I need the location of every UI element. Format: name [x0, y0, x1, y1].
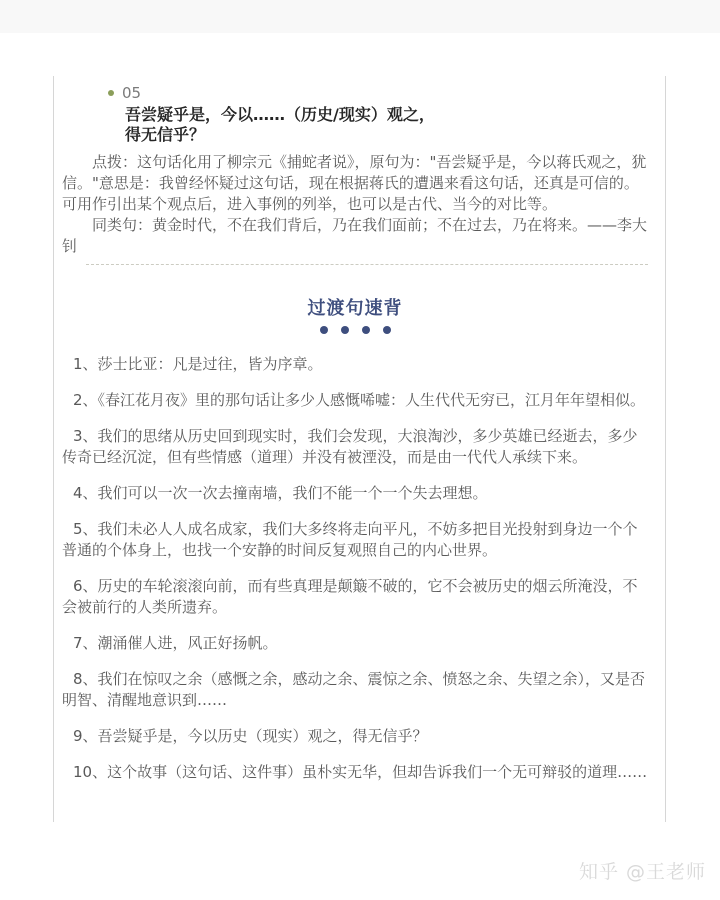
section-title: 吾尝疑乎是，今以……（历史/现实）观之， 得无信乎？ — [125, 105, 648, 145]
dashed-divider — [86, 264, 648, 265]
list-item: 5、我们未必人人成名成家，我们大多终将走向平凡，不妨多把目光投射到身边一个个普通… — [62, 519, 648, 561]
list-item: 10、这个故事（这句话、这件事）虽朴实无华，但却告诉我们一个无可辩驳的道理…… — [62, 762, 648, 783]
list-item: 6、历史的车轮滚滚向前，而有些真理是颠簸不破的，它不会被历史的烟云所淹没，不会被… — [62, 576, 648, 618]
zhihu-watermark: 知乎 @王老师 — [579, 857, 706, 884]
section-number-row: 05 — [108, 84, 648, 102]
section-number: 05 — [122, 84, 141, 102]
list-item: 8、我们在惊叹之余（感慨之余，感动之余、震惊之余、愤怒之余、失望之余），又是否明… — [62, 669, 648, 711]
dot-icon — [320, 326, 328, 334]
list-item: 7、潮涌催人进，风正好扬帆。 — [62, 633, 648, 654]
section-title-line2: 得无信乎？ — [125, 125, 648, 145]
list-item: 3、我们的思绪从历史回到现实时，我们会发现，大浪淘沙，多少英雄已经逝去，多少传奇… — [62, 426, 648, 468]
list-item: 4、我们可以一次一次去撞南墙，我们不能一个一个失去理想。 — [62, 483, 648, 504]
dot-icon — [362, 326, 370, 334]
transition-sentence-list: 1、莎士比亚：凡是过往，皆为序章。 2、《春江花月夜》里的那句话让多少人感慨唏嘘… — [62, 354, 648, 783]
content-panel: 05 吾尝疑乎是，今以……（历史/现实）观之， 得无信乎？ 点拨：这句话化用了柳… — [53, 76, 666, 822]
dot-icon — [341, 326, 349, 334]
top-band — [0, 0, 720, 33]
list-item: 2、《春江花月夜》里的那句话让多少人感慨唏嘘：人生代代无穷已，江月年年望相似。 — [62, 390, 648, 411]
list-item: 1、莎士比亚：凡是过往，皆为序章。 — [62, 354, 648, 375]
heading-dots — [62, 326, 648, 334]
list-item: 9、吾尝疑乎是，今以历史（现实）观之，得无信乎？ — [62, 726, 648, 747]
tonglei-paragraph: 同类句：黄金时代，不在我们背后，乃在我们面前；不在过去，乃在将来。——李大钊 — [62, 215, 648, 257]
transition-heading: 过渡句速背 — [62, 298, 648, 320]
dot-icon — [383, 326, 391, 334]
dianbo-paragraph: 点拨：这句话化用了柳宗元《捕蛇者说》，原句为："吾尝疑乎是，今以蒋氏观之，犹信。… — [62, 152, 648, 215]
bullet-dot-icon — [108, 90, 114, 96]
section-title-line1: 吾尝疑乎是，今以……（历史/现实）观之， — [125, 105, 648, 125]
